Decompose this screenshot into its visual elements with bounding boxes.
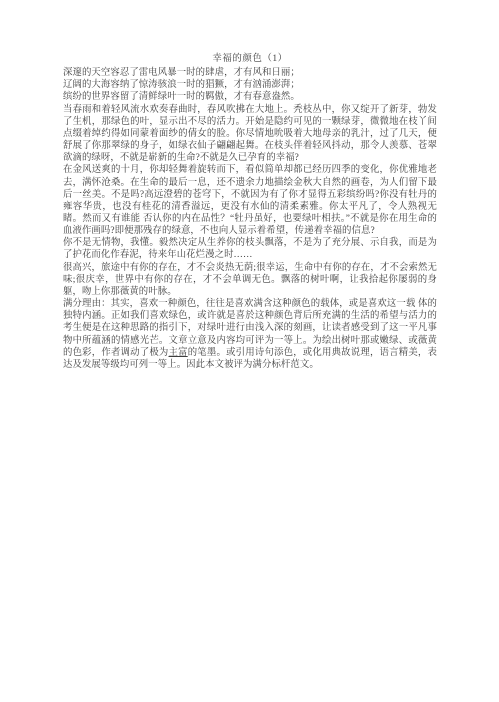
paragraph: 辽阔的大海容纳了惊涛骇浪一时的猖獗，才有汹涌澎湃； <box>63 79 437 91</box>
paragraph: 在金风送爽的十月，你却轻舞着旋转而下，看似简单却都已经历四季的变化，你优雅地老去… <box>63 164 437 237</box>
text-segment: 深邃的天空容忍了雷电风暴一时的肆虐，才有风和日丽； <box>63 68 300 78</box>
document-page: 幸福的颜色（1） 深邃的天空容忍了雷电风暴一时的肆虐，才有风和日丽；辽阔的大海容… <box>0 0 499 702</box>
text-segment: 你不是无情物，我懂。毅然决定从生养你的枝头飘落，不是为了充分展、示自我，而是为了… <box>63 238 437 260</box>
paragraph: 深邃的天空容忍了雷电风暴一时的肆虐，才有风和日丽； <box>63 67 437 79</box>
text-segment: 在金风送爽的十月，你却轻舞着旋转而下，看似简单却都已经历四季的变化，你优雅地老去… <box>63 165 437 236</box>
text-segment: 辽阔的大海容纳了惊涛骇浪一时的猖獗，才有汹涌澎湃； <box>63 80 300 90</box>
paragraph: 你不是无情物，我懂。毅然决定从生养你的枝头飘落，不是为了充分展、示自我，而是为了… <box>63 237 437 261</box>
document-title: 幸福的颜色（1） <box>63 53 437 65</box>
text-segment: 缤纷的世界容留了清鲜绿叶一时的羁傲，才有春意盎然。 <box>63 92 300 102</box>
paragraph: 满分理由：其实，喜欢一种颜色，往往是喜欢满含这种颜色的载体，或是喜欢这一载 体的… <box>63 298 437 371</box>
document-body: 深邃的天空容忍了雷电风暴一时的肆虐，才有风和日丽；辽阔的大海容纳了惊涛骇浪一时的… <box>63 67 437 371</box>
paragraph: 当春雨和着轻风流水欢奏春曲时，春风吹拂在大地上。秃枝丛中，你又绽开了新芽，勃发了… <box>63 104 437 165</box>
paragraph: 很高兴，旅途中有你的存在，才不会炎热无荫;很幸运，生命中有你的存在，才不会索然无… <box>63 262 437 298</box>
text-segment: 当春雨和着轻风流水欢奏春曲时，春风吹拂在大地上。秃枝丛中，你又绽开了新芽，勃发了… <box>63 105 437 164</box>
underlined-text: 主富 <box>169 348 188 358</box>
text-segment: 很高兴，旅途中有你的存在，才不会炎热无荫;很幸运，生命中有你的存在，才不会索然无… <box>63 263 437 297</box>
paragraph: 缤纷的世界容留了清鲜绿叶一时的羁傲，才有春意盎然。 <box>63 91 437 103</box>
